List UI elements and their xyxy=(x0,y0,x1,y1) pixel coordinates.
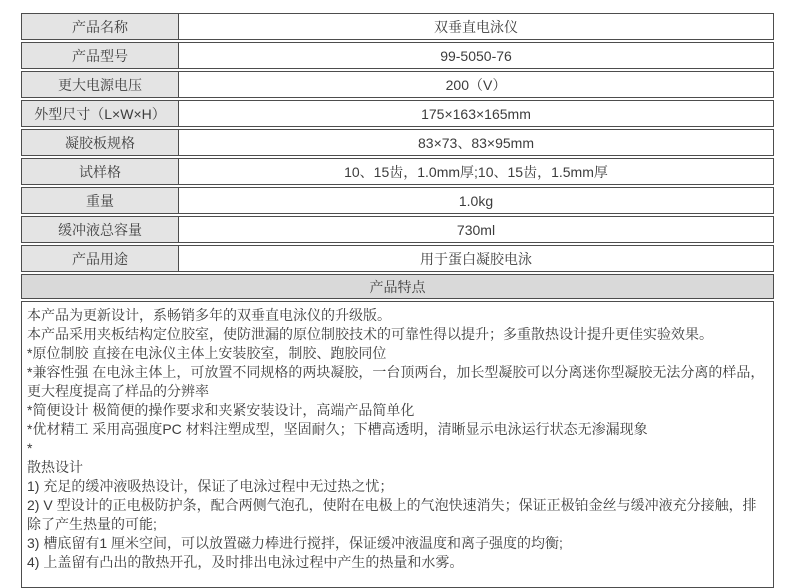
spec-label-application: 产品用途 xyxy=(22,246,179,271)
spec-row-sample-comb: 试样格 10、15齿，1.0mm厚;10、15齿，1.5mm厚 xyxy=(21,158,774,185)
spec-value-product-name: 双垂直电泳仪 xyxy=(179,14,773,39)
spec-label-model: 产品型号 xyxy=(22,43,179,68)
spec-label-buffer-capacity: 缓冲液总容量 xyxy=(22,217,179,242)
feature-line-intro: 本产品为更新设计，系畅销多年的双垂直电泳仪的升级版。 xyxy=(27,306,767,325)
spec-label-sample-comb: 试样格 xyxy=(22,159,179,184)
spec-value-sample-comb: 10、15齿，1.0mm厚;10、15齿，1.5mm厚 xyxy=(179,159,773,184)
feature-line-structure: 本产品采用夹板结构定位胶室，使防泄漏的原位制胶技术的可靠性得以提升；多重散热设计… xyxy=(27,325,767,344)
spec-row-model: 产品型号 99-5050-76 xyxy=(21,42,774,69)
spec-value-gel-plate-size: 83×73、83×95mm xyxy=(179,130,773,155)
feature-line-cooling-3: 3) 槽底留有1 厘米空间，可以放置磁力棒进行搅拌，保证缓冲液温度和离子强度的均… xyxy=(27,534,767,553)
feature-line-compatibility: *兼容性强 在电泳主体上，可放置不同规格的两块凝胶，一台顶两台，加长型凝胶可以分… xyxy=(27,363,767,401)
features-text-block: 本产品为更新设计，系畅销多年的双垂直电泳仪的升级版。 本产品采用夹板结构定位胶室… xyxy=(21,301,774,588)
feature-line-asterisk: * xyxy=(27,439,767,458)
spec-value-dimensions: 175×163×165mm xyxy=(179,101,773,126)
spec-label-max-voltage: 更大电源电压 xyxy=(22,72,179,97)
product-spec-sheet: 产品名称 双垂直电泳仪 产品型号 99-5050-76 更大电源电压 200（V… xyxy=(21,13,774,588)
feature-line-cooling-title: 散热设计 xyxy=(27,458,767,477)
spec-value-buffer-capacity: 730ml xyxy=(179,217,773,242)
spec-row-application: 产品用途 用于蛋白凝胶电泳 xyxy=(21,245,774,272)
spec-label-weight: 重量 xyxy=(22,188,179,213)
feature-line-material: *优材精工 采用高强度PC 材料注塑成型，坚固耐久；下槽高透明，清晰显示电泳运行… xyxy=(27,420,767,439)
spec-label-product-name: 产品名称 xyxy=(22,14,179,39)
spec-row-dimensions: 外型尺寸（L×W×H） 175×163×165mm xyxy=(21,100,774,127)
feature-line-in-situ-gel: *原位制胶 直接在电泳仪主体上安装胶室，制胶、跑胶同位 xyxy=(27,344,767,363)
spec-row-product-name: 产品名称 双垂直电泳仪 xyxy=(21,13,774,40)
spec-label-dimensions: 外型尺寸（L×W×H） xyxy=(22,101,179,126)
feature-line-cooling-2: 2) V 型设计的正电极防护条，配合两侧气泡孔，使附在电极上的气泡快速消失；保证… xyxy=(27,496,767,534)
spec-row-max-voltage: 更大电源电压 200（V） xyxy=(21,71,774,98)
spec-value-weight: 1.0kg xyxy=(179,188,773,213)
spec-row-weight: 重量 1.0kg xyxy=(21,187,774,214)
feature-line-cooling-1: 1) 充足的缓冲液吸热设计，保证了电泳过程中无过热之忧； xyxy=(27,477,767,496)
spec-table: 产品名称 双垂直电泳仪 产品型号 99-5050-76 更大电源电压 200（V… xyxy=(21,13,774,272)
spec-row-buffer-capacity: 缓冲液总容量 730ml xyxy=(21,216,774,243)
spec-row-gel-plate-size: 凝胶板规格 83×73、83×95mm xyxy=(21,129,774,156)
feature-line-cooling-4: 4) 上盖留有凸出的散热开孔，及时排出电泳过程中产生的热量和水雾。 xyxy=(27,553,767,572)
spec-value-model: 99-5050-76 xyxy=(179,43,773,68)
features-section-title: 产品特点 xyxy=(21,274,774,299)
spec-value-application: 用于蛋白凝胶电泳 xyxy=(179,246,773,271)
spec-value-max-voltage: 200（V） xyxy=(179,72,773,97)
spec-label-gel-plate-size: 凝胶板规格 xyxy=(22,130,179,155)
feature-line-simple-design: *简便设计 极简便的操作要求和夹紧安装设计，高端产品简单化 xyxy=(27,401,767,420)
